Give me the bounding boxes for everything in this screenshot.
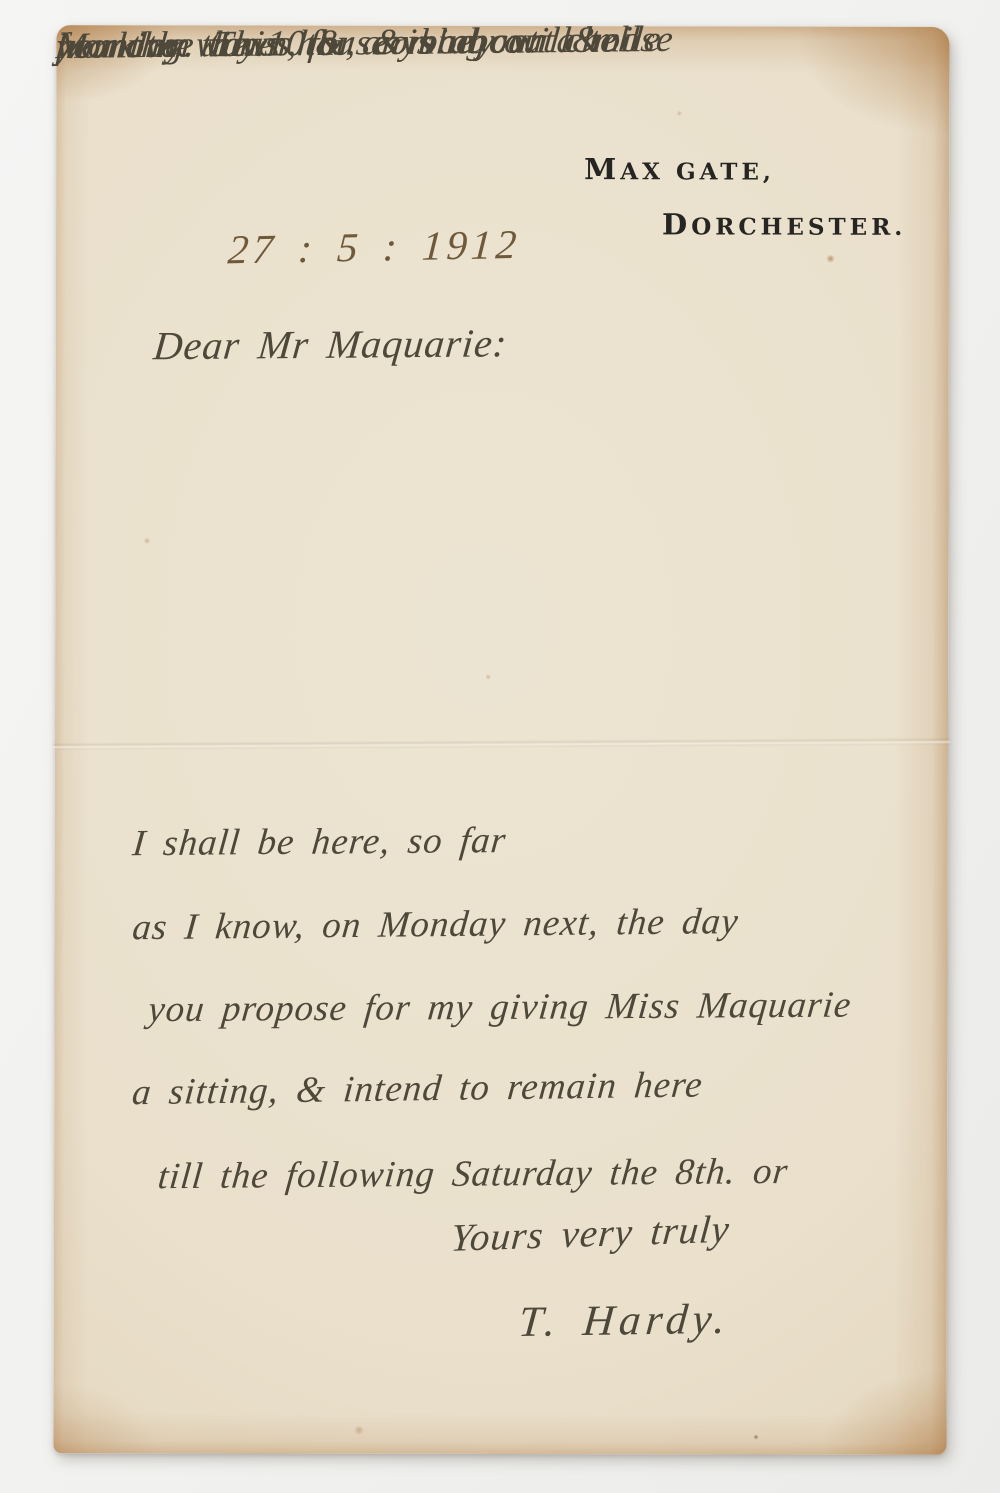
salutation: Dear Mr Maquarie: — [152, 319, 510, 369]
foxing-spot — [826, 255, 835, 263]
letter-paper: MAX GATE, DORCHESTER. 27 : 5 : 1912 Dear… — [54, 25, 950, 1455]
foxing-spot — [485, 674, 491, 680]
date-handwritten: 27 : 5 : 1912 — [226, 220, 522, 273]
manuscript-line-3: you propose for my giving Miss Maquarie — [146, 984, 853, 1032]
foxing-spot — [143, 537, 150, 544]
manuscript-line-4: a sitting, & intend to remain here — [130, 1063, 704, 1114]
signature-handwritten: T. Hardy. — [517, 1295, 733, 1347]
foxing-spot — [676, 110, 682, 116]
letterhead-line-2: DORCHESTER. — [662, 207, 906, 242]
manuscript-line-2: as I know, on Monday next, the day — [131, 900, 741, 949]
fold-crease — [53, 738, 950, 750]
foxing-spot — [354, 1426, 365, 1435]
manuscript-line-5: till the following Saturday the 8th. or — [156, 1150, 790, 1198]
closing-valediction: Yours very truly — [449, 1207, 732, 1261]
foxing-spot — [754, 1435, 759, 1440]
manuscript-line-10: you the way. — [54, 23, 268, 68]
manuscript-line-1: I shall be here, so far — [131, 819, 509, 865]
letterhead-line-1: MAX GATE, — [584, 152, 775, 186]
